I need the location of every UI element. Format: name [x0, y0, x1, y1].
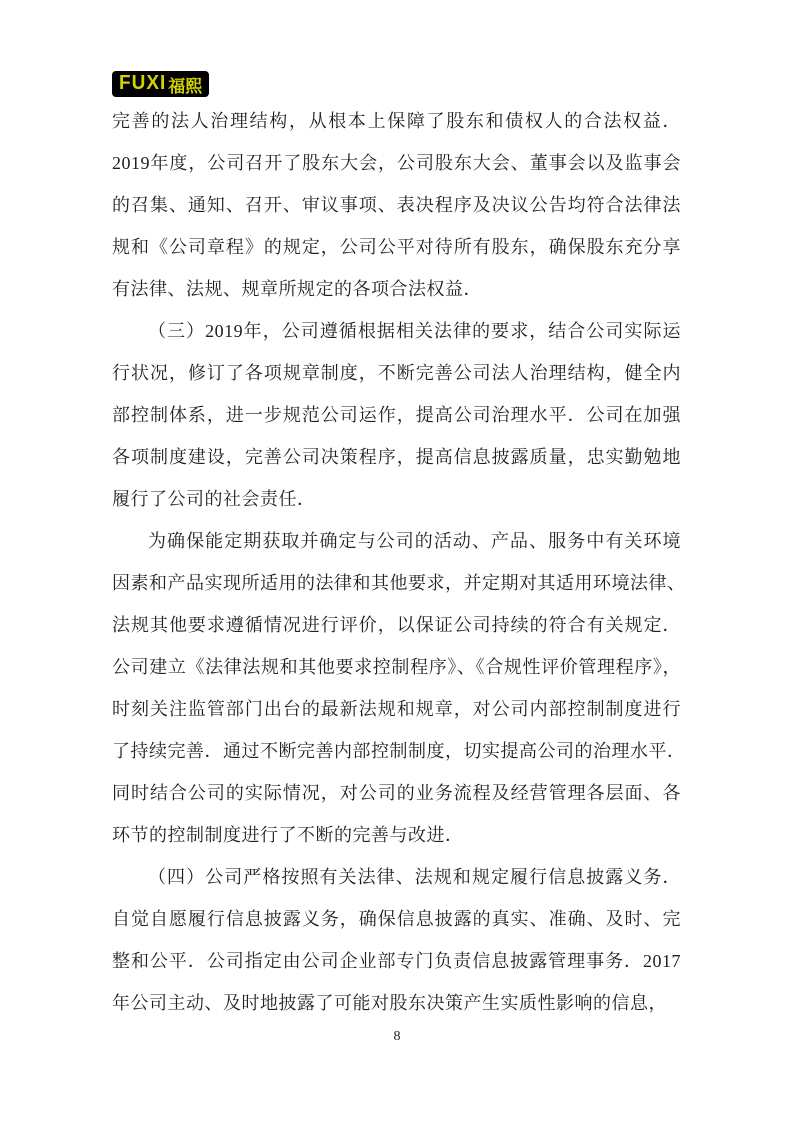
paragraph: 完善的法人治理结构，从根本上保障了股东和债权人的合法权益．2019年度，公司召开…: [112, 100, 681, 310]
body-line: 2019年度，公司召开了股东大会，公司股东大会、董事会以及监事会: [112, 142, 681, 184]
fuxi-logo: FUXI 福熙: [112, 71, 209, 97]
body-line: 完善的法人治理结构，从根本上保障了股东和债权人的合法权益．: [112, 100, 681, 142]
body-line: 法规其他要求遵循情况进行评价，以保证公司持续的符合有关规定．: [112, 604, 681, 646]
paragraph: 为确保能定期获取并确定与公司的活动、产品、服务中有关环境因素和产品实现所适用的法…: [112, 520, 681, 856]
body-line: 的召集、通知、召开、审议事项、表决程序及决议公告均符合法律法: [112, 184, 681, 226]
body-line: 因素和产品实现所适用的法律和其他要求，并定期对其适用环境法律、: [112, 562, 681, 604]
body-line: 履行了公司的社会责任．: [112, 478, 681, 520]
body-line: 了持续完善．通过不断完善内部控制制度，切实提高公司的治理水平．: [112, 730, 681, 772]
body-line: 有法律、法规、规章所规定的各项合法权益．: [112, 268, 681, 310]
fuxi-logo-latin-text: FUXI: [119, 72, 166, 95]
page-number: 8: [0, 1027, 794, 1047]
body-line: 规和《公司章程》的规定，公司公平对待所有股东，确保股东充分享: [112, 226, 681, 268]
paragraph: （三）2019年，公司遵循根据相关法律的要求，结合公司实际运行状况，修订了各项规…: [112, 310, 681, 520]
paragraph: （四）公司严格按照有关法律、法规和规定履行信息披露义务．自觉自愿履行信息披露义务…: [112, 856, 681, 1024]
body-line: 自觉自愿履行信息披露义务，确保信息披露的真实、准确、及时、完: [112, 898, 681, 940]
document-page: FUXI 福熙 完善的法人治理结构，从根本上保障了股东和债权人的合法权益．201…: [0, 0, 794, 1123]
body-line: 公司建立《法律法规和其他要求控制程序》、《合规性评价管理程序》，: [112, 646, 681, 688]
body-line: 环节的控制制度进行了不断的完善与改进．: [112, 814, 681, 856]
body-line: 同时结合公司的实际情况，对公司的业务流程及经营管理各层面、各: [112, 772, 681, 814]
body-line: 行状况，修订了各项规章制度，不断完善公司法人治理结构，健全内: [112, 352, 681, 394]
document-body: 完善的法人治理结构，从根本上保障了股东和债权人的合法权益．2019年度，公司召开…: [112, 100, 681, 1024]
body-line: 为确保能定期获取并确定与公司的活动、产品、服务中有关环境: [112, 520, 681, 562]
body-line: 各项制度建设，完善公司决策程序，提高信息披露质量，忠实勤勉地: [112, 436, 681, 478]
body-line: 整和公平．公司指定由公司企业部专门负责信息披露管理事务．2017: [112, 940, 681, 982]
body-line: （四）公司严格按照有关法律、法规和规定履行信息披露义务．: [112, 856, 681, 898]
body-line: 年公司主动、及时地披露了可能对股东决策产生实质性影响的信息，: [112, 982, 681, 1024]
body-line: 时刻关注监管部门出台的最新法规和规章，对公司内部控制制度进行: [112, 688, 681, 730]
body-line: （三）2019年，公司遵循根据相关法律的要求，结合公司实际运: [112, 310, 681, 352]
body-line: 部控制体系，进一步规范公司运作，提高公司治理水平．公司在加强: [112, 394, 681, 436]
fuxi-logo-cjk-text: 福熙: [168, 72, 202, 97]
